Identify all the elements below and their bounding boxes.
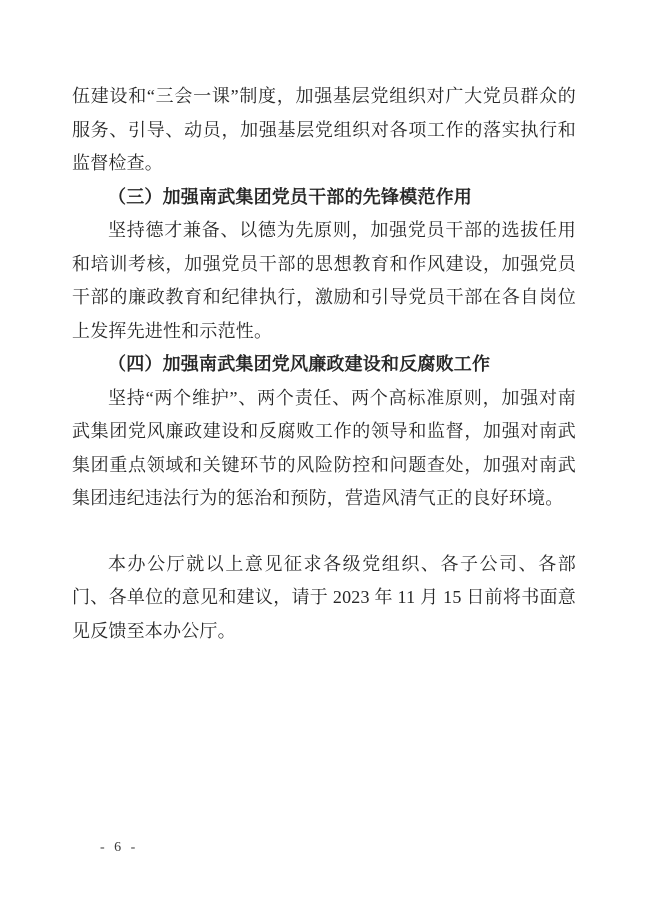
page-number: - 6 - — [100, 840, 138, 856]
paragraph-continuation: 伍建设和“三会一课”制度，加强基层党组织对广大党员群众的服务、引导、动员，加强基… — [72, 80, 576, 181]
paragraph-closing: 本办公厅就以上意见征求各级党组织、各子公司、各部门、各单位的意见和建议，请于 2… — [72, 548, 576, 649]
document-page: 伍建设和“三会一课”制度，加强基层党组织对广大党员群众的服务、引导、动员，加强基… — [0, 0, 648, 917]
document-body: 伍建设和“三会一课”制度，加强基层党组织对广大党员群众的服务、引导、动员，加强基… — [72, 80, 576, 648]
section-heading-three: （三）加强南武集团党员干部的先锋模范作用 — [72, 181, 576, 215]
paragraph-section-three: 坚持德才兼备、以德为先原则，加强党员干部的选拔任用和培训考核，加强党员干部的思想… — [72, 214, 576, 348]
section-heading-four: （四）加强南武集团党风廉政建设和反腐败工作 — [72, 348, 576, 382]
paragraph-section-four: 坚持“两个维护”、两个责任、两个高标准原则，加强对南武集团党风廉政建设和反腐败工… — [72, 382, 576, 516]
